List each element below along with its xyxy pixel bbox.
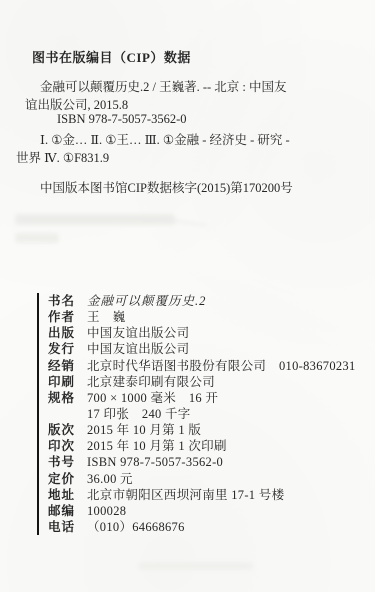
row-value: 北京市朝阳区西坝河南里 17-1 号楼 [87, 487, 284, 503]
row-value: 金融可以颠覆历史.2 [87, 293, 206, 309]
row-value: 36.00 元 [87, 471, 133, 487]
cip-record-number-line: 中国版本图书馆CIP数据核字(2015)第170200号 [40, 178, 293, 196]
row-value: （010）64668676 [87, 519, 185, 535]
cip-classification-line-2: 世界 Ⅳ. ①F831.9 [16, 148, 109, 166]
cip-isbn-line: ISBN 978-7-5057-3562-0 [57, 112, 187, 127]
show-through-artifact [173, 220, 207, 227]
table-row: 印刷北京建泰印刷有限公司 [48, 374, 356, 390]
table-row: 版次2015 年 10 月第 1 版 [48, 422, 356, 438]
table-row: 经销北京时代华语图书股份有限公司 010-83670231 [48, 358, 356, 374]
row-value: 北京时代华语图书股份有限公司 010-83670231 [87, 358, 356, 374]
row-label: 印刷 [48, 374, 87, 390]
row-label: 印次 [48, 438, 87, 454]
table-row: 邮编100028 [48, 503, 356, 519]
row-label: 发行 [48, 341, 87, 357]
row-label: 书号 [48, 454, 87, 470]
cip-entry-line-2: 谊出版公司, 2015.8 [25, 95, 128, 113]
row-label: 邮编 [48, 503, 87, 519]
cip-header: 图书在版编目（CIP）数据 [32, 47, 191, 66]
table-row: 出版中国友谊出版公司 [48, 325, 356, 341]
row-value: ISBN 978-7-5057-3562-0 [87, 454, 223, 470]
table-row: 电话（010）64668676 [48, 519, 356, 535]
table-row: 作者王 巍 [48, 309, 356, 325]
row-value: 700 × 1000 毫米 16 开 [87, 390, 218, 406]
colophon-table: 书名金融可以颠覆历史.2作者王 巍出版中国友谊出版公司发行中国友谊出版公司经销北… [37, 293, 356, 535]
row-label: 地址 [48, 487, 87, 503]
row-label: 经销 [48, 358, 87, 374]
row-value: 2015 年 10 月第 1 次印刷 [87, 438, 227, 454]
show-through-artifact [138, 562, 253, 570]
row-value: 中国友谊出版公司 [87, 341, 189, 357]
row-value: 中国友谊出版公司 [87, 325, 189, 341]
scanned-copyright-page: 图书在版编目（CIP）数据 金融可以颠覆历史.2 / 王巍著. -- 北京 : … [0, 0, 375, 592]
row-label: 作者 [48, 309, 87, 325]
table-row: 17 印张 240 千字 [48, 406, 356, 422]
row-value: 北京建泰印刷有限公司 [87, 374, 215, 390]
table-row: 规格700 × 1000 毫米 16 开 [48, 390, 356, 406]
row-label: 书名 [48, 293, 87, 309]
cip-entry-line-1: 金融可以颠覆历史.2 / 王巍著. -- 北京 : 中国友 [40, 77, 287, 95]
row-value: 100028 [87, 503, 126, 519]
row-label: 出版 [48, 325, 87, 341]
table-row: 地址北京市朝阳区西坝河南里 17-1 号楼 [48, 487, 356, 503]
show-through-artifact [15, 233, 59, 243]
table-row: 印次2015 年 10 月第 1 次印刷 [48, 438, 356, 454]
cip-classification-line-1: Ⅰ. ①金… Ⅱ. ①王… Ⅲ. ①金融 - 经济史 - 研究 - [40, 130, 290, 148]
row-label: 版次 [48, 422, 87, 438]
table-row: 书号ISBN 978-7-5057-3562-0 [48, 454, 356, 470]
row-value: 17 印张 240 千字 [87, 406, 191, 422]
show-through-artifact [15, 214, 175, 225]
row-value: 2015 年 10 月第 1 版 [87, 422, 201, 438]
row-label: 电话 [48, 519, 87, 535]
table-row: 书名金融可以颠覆历史.2 [48, 293, 356, 309]
table-row: 发行中国友谊出版公司 [48, 341, 356, 357]
row-label: 定价 [48, 471, 87, 487]
row-label: 规格 [48, 390, 87, 406]
table-row: 定价36.00 元 [48, 471, 356, 487]
row-value: 王 巍 [87, 309, 125, 325]
